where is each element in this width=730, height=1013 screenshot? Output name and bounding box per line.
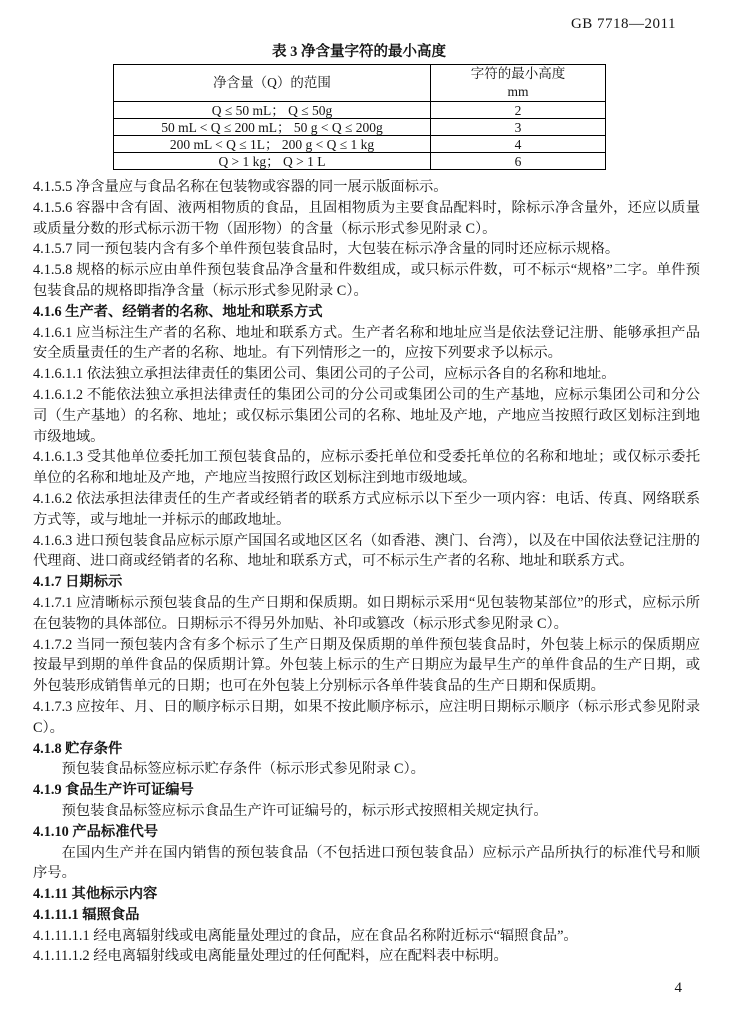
clause-4-1-11-1-2: 4.1.11.1.2 经电离辐射线或电离能量处理过的任何配料，应在配料表中标明。 <box>33 946 700 967</box>
column-header-min-height-unit: mm <box>433 83 603 101</box>
document-page: GB 7718—2011 表 3 净含量字符的最小高度 净含量（Q）的范围 字符… <box>0 0 730 1013</box>
clause-4-1-7-2: 4.1.7.2 当同一预包装内含有多个标示了生产日期及保质期的单件预包装食品时，… <box>33 635 700 697</box>
table-title: 表 3 净含量字符的最小高度 <box>113 40 605 61</box>
table-row: 50 mL < Q ≤ 200 mL； 50 g < Q ≤ 200g 3 <box>114 119 606 136</box>
clause-4-1-6-1-3: 4.1.6.1.3 受其他单位委托加工预包装食品的，应标示委托单位和受委托单位的… <box>33 447 700 489</box>
clause-4-1-6-3: 4.1.6.3 进口预包装食品应标示原产国国名或地区区名（如香港、澳门、台湾），… <box>33 531 700 573</box>
clause-4-1-6-2: 4.1.6.2 依法承担法律责任的生产者或经销者的联系方式应标示以下至少一项内容… <box>33 489 700 531</box>
heading-4-1-6: 4.1.6 生产者、经销者的名称、地址和联系方式 <box>33 302 700 323</box>
clause-4-1-11-1-1: 4.1.11.1.1 经电离辐射线或电离能量处理过的食品，应在食品名称附近标示“… <box>33 926 700 947</box>
clause-4-1-7-3: 4.1.7.3 应按年、月、日的顺序标示日期，如果不按此顺序标示，应注明日期标示… <box>33 697 700 739</box>
min-height-cell: 4 <box>431 136 606 153</box>
table-row: Q > 1 kg； Q > 1 L 6 <box>114 153 606 170</box>
net-content-min-height-table: 净含量（Q）的范围 字符的最小高度 mm Q ≤ 50 mL； Q ≤ 50g … <box>113 64 606 170</box>
heading-4-1-10: 4.1.10 产品标准代号 <box>33 822 700 843</box>
heading-4-1-11: 4.1.11 其他标示内容 <box>33 884 700 905</box>
table-row: Q ≤ 50 mL； Q ≤ 50g 2 <box>114 102 606 119</box>
document-body: 4.1.5.5 净含量应与食品名称在包装物或容器的同一展示版面标示。 4.1.5… <box>33 177 700 967</box>
column-header-min-height: 字符的最小高度 mm <box>431 65 606 102</box>
page-number: 4 <box>675 980 683 996</box>
heading-4-1-9: 4.1.9 食品生产许可证编号 <box>33 780 700 801</box>
table-block: 表 3 净含量字符的最小高度 净含量（Q）的范围 字符的最小高度 mm Q ≤ … <box>113 40 605 170</box>
clause-4-1-8-body: 预包装食品标签应标示贮存条件（标示形式参见附录 C）。 <box>33 759 700 780</box>
heading-4-1-7: 4.1.7 日期标示 <box>33 572 700 593</box>
min-height-cell: 3 <box>431 119 606 136</box>
clause-4-1-5-5: 4.1.5.5 净含量应与食品名称在包装物或容器的同一展示版面标示。 <box>33 177 700 198</box>
clause-4-1-5-6: 4.1.5.6 容器中含有固、液两相物质的食品，且固相物质为主要食品配料时，除标… <box>33 198 700 240</box>
range-cell: 50 mL < Q ≤ 200 mL； 50 g < Q ≤ 200g <box>114 119 431 136</box>
column-header-range: 净含量（Q）的范围 <box>114 65 431 102</box>
range-cell: Q ≤ 50 mL； Q ≤ 50g <box>114 102 431 119</box>
clause-4-1-5-7: 4.1.5.7 同一预包装内含有多个单件预包装食品时，大包装在标示净含量的同时还… <box>33 239 700 260</box>
clause-4-1-6-1-1: 4.1.6.1.1 依法独立承担法律责任的集团公司、集团公司的子公司，应标示各自… <box>33 364 700 385</box>
range-cell: 200 mL < Q ≤ 1L； 200 g < Q ≤ 1 kg <box>114 136 431 153</box>
clause-4-1-9-body: 预包装食品标签应标示食品生产许可证编号的，标示形式按照相关规定执行。 <box>33 801 700 822</box>
range-cell: Q > 1 kg； Q > 1 L <box>114 153 431 170</box>
min-height-cell: 2 <box>431 102 606 119</box>
page-footer: 4 <box>675 980 683 997</box>
clause-4-1-10-body: 在国内生产并在国内销售的预包装食品（不包括进口预包装食品）应标示产品所执行的标准… <box>33 843 700 885</box>
min-height-cell: 6 <box>431 153 606 170</box>
table-row: 200 mL < Q ≤ 1L； 200 g < Q ≤ 1 kg 4 <box>114 136 606 153</box>
page-header: GB 7718—2011 <box>33 16 700 36</box>
standard-number: GB 7718—2011 <box>571 16 676 32</box>
heading-4-1-11-1: 4.1.11.1 辐照食品 <box>33 905 700 926</box>
heading-4-1-8: 4.1.8 贮存条件 <box>33 739 700 760</box>
clause-4-1-6-1-2: 4.1.6.1.2 不能依法独立承担法律责任的集团公司的分公司或集团公司的生产基… <box>33 385 700 447</box>
table-header-row: 净含量（Q）的范围 字符的最小高度 mm <box>114 65 606 102</box>
column-header-min-height-line1: 字符的最小高度 <box>433 65 603 83</box>
clause-4-1-7-1: 4.1.7.1 应清晰标示预包装食品的生产日期和保质期。如日期标示采用“见包装物… <box>33 593 700 635</box>
clause-4-1-6-1: 4.1.6.1 应当标注生产者的名称、地址和联系方式。生产者名称和地址应当是依法… <box>33 323 700 365</box>
clause-4-1-5-8: 4.1.5.8 规格的标示应由单件预包装食品净含量和件数组成，或只标示件数，可不… <box>33 260 700 302</box>
